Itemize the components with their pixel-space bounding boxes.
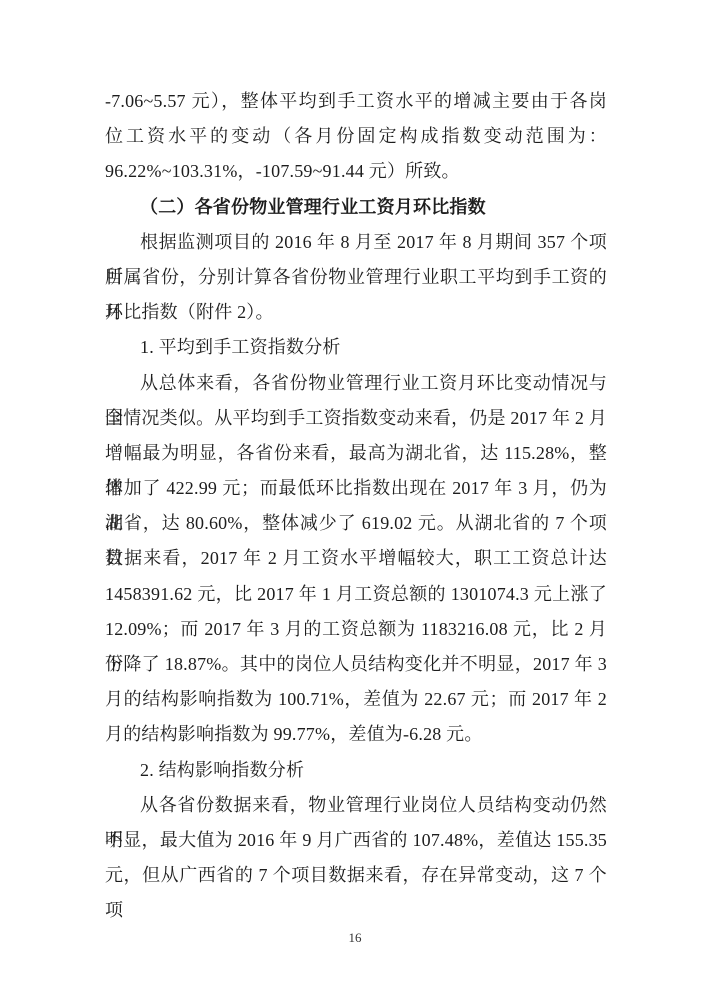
page-number: 16 — [0, 930, 710, 946]
text-line: 位工资水平的变动（各月份固定构成指数变动范围为： — [105, 119, 607, 154]
text-line: 96.22%~103.31%，-107.59~91.44 元）所致。 — [105, 154, 607, 189]
text-line: 从各省份数据来看，物业管理行业岗位人员结构变动仍然不 — [105, 788, 607, 823]
document-body: -7.06~5.57 元），整体平均到手工资水平的增减主要由于各岗 位工资水平的… — [105, 84, 607, 893]
text-line: 1458391.62 元，比 2017 年 1 月工资总额的 1301074.3… — [105, 577, 607, 612]
subsection-heading: 1. 平均到手工资指数分析 — [105, 330, 607, 365]
document-page: -7.06~5.57 元），整体平均到手工资水平的增减主要由于各岗 位工资水平的… — [0, 0, 710, 1003]
section-heading: （二）各省份物业管理行业工资月环比指数 — [105, 190, 607, 225]
text-line: 增加了 422.99 元；而最低环比指数出现在 2017 年 3 月，仍为湖 — [105, 471, 607, 506]
text-line: -7.06~5.57 元），整体平均到手工资水平的增减主要由于各岗 — [105, 84, 607, 119]
text-line: 12.09%；而 2017 年 3 月的工资总额为 1183216.08 元，比… — [105, 612, 607, 647]
text-line: 月的结构影响指数为 100.71%，差值为 22.67 元；而 2017 年 2 — [105, 682, 607, 717]
text-line: 北省，达 80.60%，整体减少了 619.02 元。从湖北省的 7 个项目 — [105, 506, 607, 541]
text-line: 从总体来看，各省份物业管理行业工资月环比变动情况与全 — [105, 366, 607, 401]
subsection-heading: 2. 结构影响指数分析 — [105, 753, 607, 788]
text-line: 明显，最大值为 2016 年 9 月广西省的 107.48%，差值达 155.3… — [105, 823, 607, 858]
text-line: 增幅最为明显，各省份来看，最高为湖北省，达 115.28%，整体 — [105, 436, 607, 471]
text-line: 所属省份，分别计算各省份物业管理行业职工平均到手工资的月 — [105, 260, 607, 295]
text-line: 数据来看，2017 年 2 月工资水平增幅较大，职工工资总计达 — [105, 541, 607, 576]
text-line: 元，但从广西省的 7 个项目数据来看，存在异常变动，这 7 个项 — [105, 858, 607, 893]
text-line: 环比指数（附件 2）。 — [105, 295, 607, 330]
text-line: 根据监测项目的 2016 年 8 月至 2017 年 8 月期间 357 个项目 — [105, 225, 607, 260]
text-line: 月的结构影响指数为 99.77%，差值为-6.28 元。 — [105, 717, 607, 752]
text-line: 下降了 18.87%。其中的岗位人员结构变化并不明显，2017 年 3 — [105, 647, 607, 682]
text-line: 国情况类似。从平均到手工资指数变动来看，仍是 2017 年 2 月 — [105, 401, 607, 436]
